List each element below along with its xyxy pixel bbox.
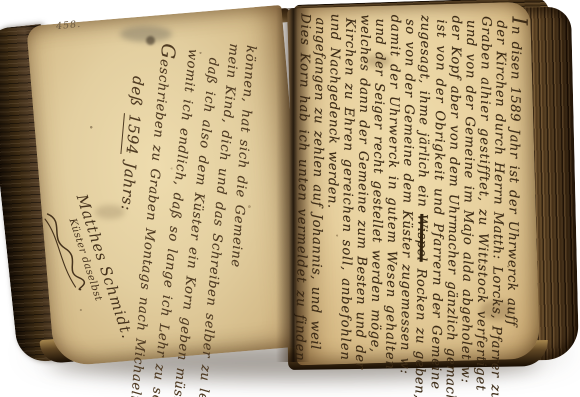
struck-word: Wispel — [414, 214, 430, 262]
line-pre: zugesagt, ihme järlich ein — [415, 15, 433, 214]
manuscript-photo: 458. können, hat sich die Gemeine mein K… — [0, 0, 580, 397]
line-post: Rocken zu geben, — [412, 262, 429, 397]
dateline-pre: deß — [126, 75, 147, 115]
ink-stain — [146, 36, 155, 45]
manuscript-text-block: In disen 1589 Jahr ist der Uhrwerck auff… — [292, 13, 527, 371]
underlined-year: 1594 — [120, 113, 143, 156]
